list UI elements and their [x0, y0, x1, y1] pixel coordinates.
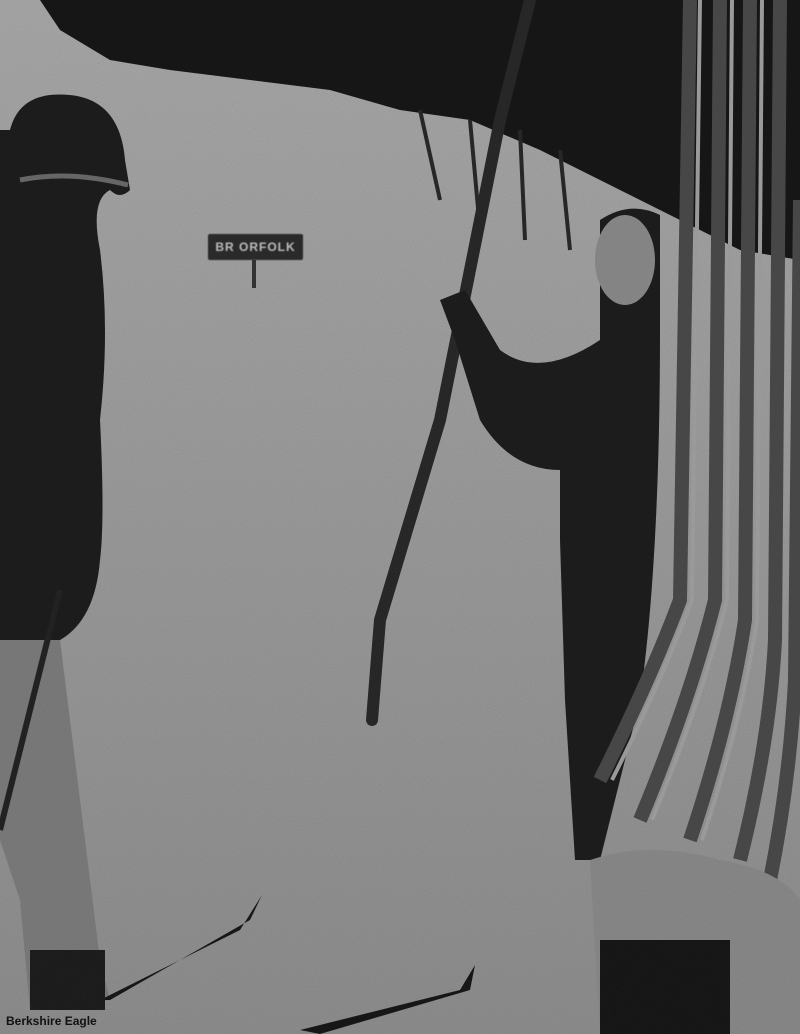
shadow-base	[600, 940, 730, 1034]
photo-illustration	[0, 0, 800, 1034]
sign-post	[252, 260, 256, 288]
newspaper-photo: BR ORFOLK Berkshire Eagle	[0, 0, 800, 1034]
person-right-face	[595, 215, 655, 305]
trail-sign: BR ORFOLK	[208, 234, 303, 260]
source-watermark: Berkshire Eagle	[6, 1014, 97, 1028]
ski-boot	[30, 950, 105, 1010]
